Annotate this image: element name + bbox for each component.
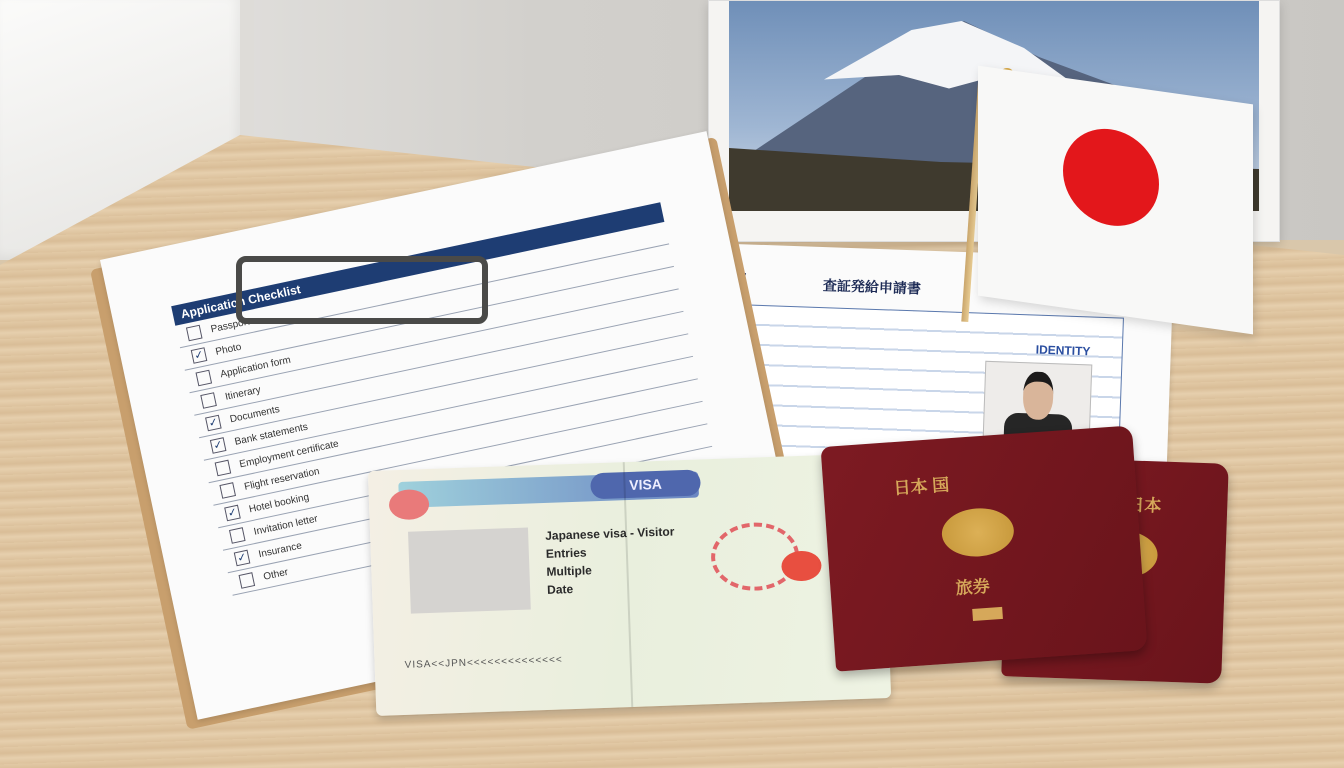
checkbox-icon: ✓ (191, 347, 208, 364)
checkbox-icon: ✓ (210, 437, 227, 454)
checkbox-icon (219, 482, 236, 499)
checklist-item-label: Other (262, 566, 289, 582)
chrysanthemum-emblem-icon (940, 506, 1015, 559)
form-id-label: IDENTITY (1036, 343, 1091, 359)
checkbox-icon (195, 370, 212, 387)
visa-tag: VISA (590, 469, 701, 499)
passport-front: 日本 国 旅券 (821, 425, 1148, 671)
visa-text-lines: Japanese visa - VisitorEntriesMultipleDa… (545, 522, 677, 598)
checkbox-icon: ✓ (224, 505, 241, 522)
visa-line: Date (547, 576, 677, 598)
checkbox-icon: ✓ (234, 550, 251, 567)
japan-flag (978, 66, 1253, 335)
checkbox-icon (186, 325, 203, 342)
checkbox-icon (239, 572, 256, 589)
open-passport-visa-page: VISA Japanese visa - VisitorEntriesMulti… (368, 453, 891, 716)
checklist-item-label: Insurance (258, 540, 303, 560)
checklist-item-label: Photo (215, 341, 243, 357)
visa-seal-icon (389, 489, 430, 520)
form-title: 査証発給申請書 (823, 275, 922, 298)
passport-top-text: 日本 国 (893, 470, 950, 499)
visa-mrz: VISA<<JPN<<<<<<<<<<<<<< (404, 654, 562, 671)
flag-red-disc (1063, 123, 1159, 232)
biometric-chip-icon (972, 607, 1003, 621)
passport-bottom-text: 旅券 (955, 572, 991, 599)
red-stamp-icon (781, 550, 822, 581)
head-shape (1022, 371, 1054, 420)
checkbox-icon: ✓ (205, 415, 222, 432)
checkbox-icon (200, 392, 217, 409)
checklist-item-label: Itinerary (224, 384, 262, 402)
checkbox-icon (215, 460, 232, 477)
clipboard-clip (236, 256, 488, 324)
checkbox-icon (229, 527, 246, 544)
visa-photo (408, 528, 531, 614)
